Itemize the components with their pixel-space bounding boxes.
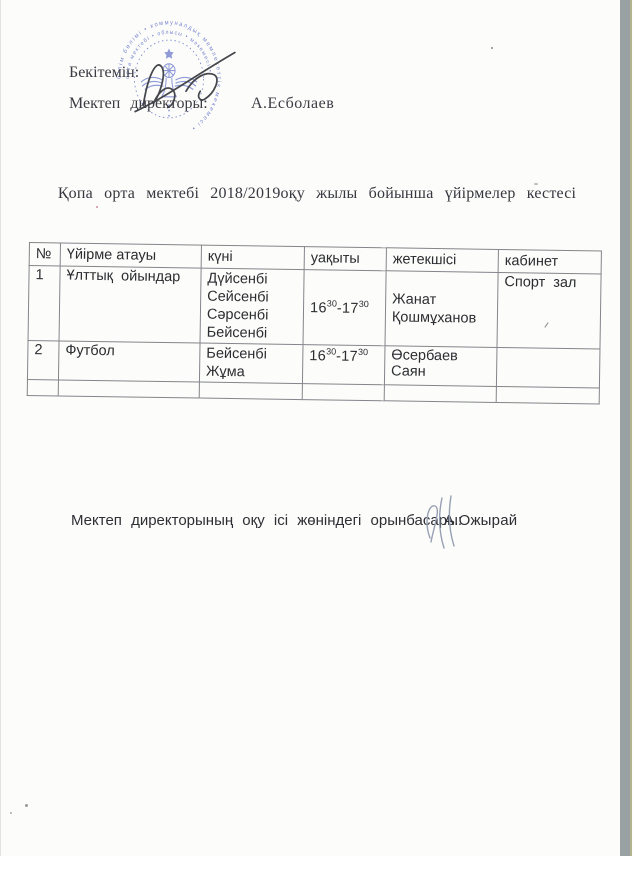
scan-speck — [491, 47, 493, 49]
deputy-name: А.Ожырай — [444, 512, 614, 529]
col-header-day: күні — [201, 245, 304, 270]
cell-club-name: Футбол — [58, 341, 200, 382]
director-name: А.Есболаев — [251, 95, 334, 113]
scanned-document: білім бөлімі • коммуналдық мемлекеттік м… — [0, 0, 640, 876]
cell-time — [302, 384, 384, 401]
col-header-num: № — [29, 243, 60, 266]
scan-speck — [10, 812, 12, 814]
page-title: Қопа орта мектебі 2018/2019оқу жылы бойы… — [1, 185, 633, 203]
cell-days — [199, 382, 302, 400]
cell-time: 1630-1730 — [303, 270, 386, 346]
director-label: Мектеп директоры: — [69, 95, 208, 113]
cell-days: Дүйсенбі Сейсенбі Сәрсенбі Бейсенбі — [200, 268, 304, 345]
deputy-signature — [417, 492, 467, 552]
cell-leader: Өсербаев Саян — [384, 346, 497, 387]
cell-num: 1 — [28, 266, 60, 341]
cell-days: Бейсенбі Жұма — [199, 343, 303, 384]
footer-line: Мектеп директорының оқу ісі жөніндегі ор… — [71, 512, 462, 529]
cell-room — [496, 347, 600, 388]
cell-leader — [384, 385, 496, 403]
scan-speck — [534, 183, 538, 185]
scan-speck — [25, 804, 28, 807]
cell-leader: Жанат Қошмұханов — [385, 271, 498, 348]
schedule-table: № Үйірме атауы күні уақыты жетекшісі каб… — [27, 242, 602, 404]
cell-club-name — [58, 380, 199, 398]
cell-room: Спорт зал — [497, 272, 601, 349]
scan-speck — [96, 206, 98, 208]
cell-club-name: Ұлттық ойындар — [59, 266, 201, 343]
col-header-time: уақыты — [304, 247, 386, 271]
schedule-table-wrapper: № Үйірме атауы күні уақыты жетекшісі каб… — [27, 242, 601, 404]
deputy-label: Мектеп директорының оқу ісі жөніндегі ор… — [71, 512, 462, 529]
approval-label: Бекітемін: — [69, 64, 139, 82]
col-header-club: Үйірме атауы — [60, 243, 201, 268]
col-header-room: кабинет — [498, 249, 601, 274]
cell-num — [27, 379, 58, 395]
col-header-leader: жетекшісі — [386, 248, 498, 273]
table-row: 1 Ұлттық ойындар Дүйсенбі Сейсенбі Сәрсе… — [28, 266, 601, 349]
paper-sheet: білім бөлімі • коммуналдық мемлекеттік м… — [0, 0, 633, 856]
cell-room — [496, 386, 599, 404]
cell-time: 1630-1730 — [302, 345, 385, 385]
cell-num: 2 — [27, 340, 59, 379]
scanner-edge-line — [630, 0, 632, 856]
